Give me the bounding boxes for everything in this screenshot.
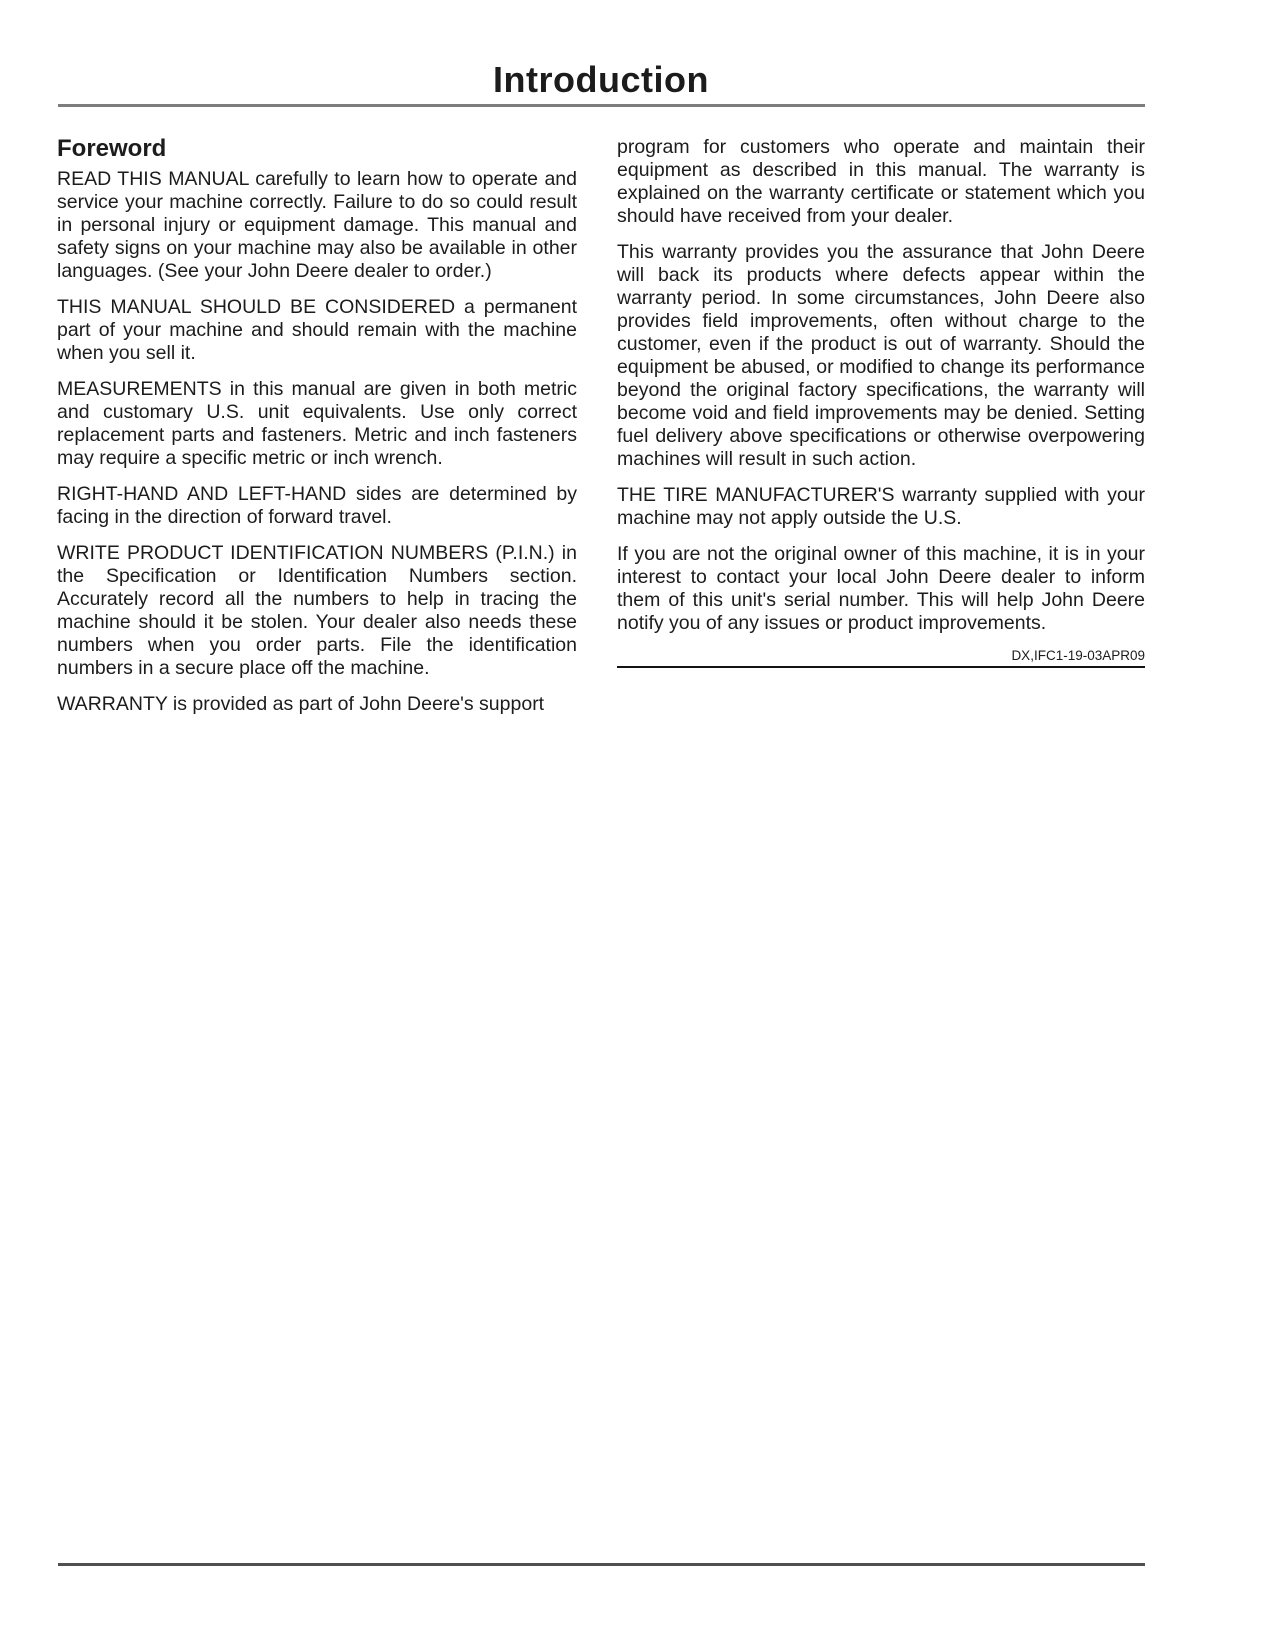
foreword-paragraph-measurements: MEASUREMENTS in this manual are given in… <box>57 378 577 470</box>
page-bottom-divider <box>58 1563 1145 1566</box>
page-title: Introduction <box>57 61 1145 99</box>
foreword-paragraph-warranty-intro: WARRANTY is provided as part of John Dee… <box>57 693 577 716</box>
right-column: program for customers who operate and ma… <box>617 136 1145 668</box>
foreword-paragraph-tire-manufacturer: THE TIRE MANUFACTURER'S warranty supplie… <box>617 484 1145 530</box>
foreword-paragraph-write-pin: WRITE PRODUCT IDENTIFICATION NUMBERS (P.… <box>57 542 577 680</box>
document-code: DX,IFC1-19-03APR09 <box>617 648 1145 663</box>
title-divider <box>58 104 1145 107</box>
foreword-paragraph-manual-considered: THIS MANUAL SHOULD BE CONSIDERED a perma… <box>57 296 577 365</box>
foreword-paragraph-warranty-program: program for customers who operate and ma… <box>617 136 1145 228</box>
two-column-layout: Foreword READ THIS MANUAL carefully to l… <box>57 136 1145 729</box>
foreword-paragraph-original-owner: If you are not the original owner of thi… <box>617 543 1145 635</box>
foreword-paragraph-warranty-assurance: This warranty provides you the assurance… <box>617 241 1145 471</box>
foreword-heading: Foreword <box>57 136 577 162</box>
section-end-divider <box>617 666 1145 668</box>
manual-page: Introduction Foreword READ THIS MANUAL c… <box>0 0 1275 1650</box>
foreword-paragraph-read-this-manual: READ THIS MANUAL carefully to learn how … <box>57 168 577 283</box>
left-column: Foreword READ THIS MANUAL carefully to l… <box>57 136 577 729</box>
foreword-paragraph-right-left-hand: RIGHT-HAND AND LEFT-HAND sides are deter… <box>57 483 577 529</box>
